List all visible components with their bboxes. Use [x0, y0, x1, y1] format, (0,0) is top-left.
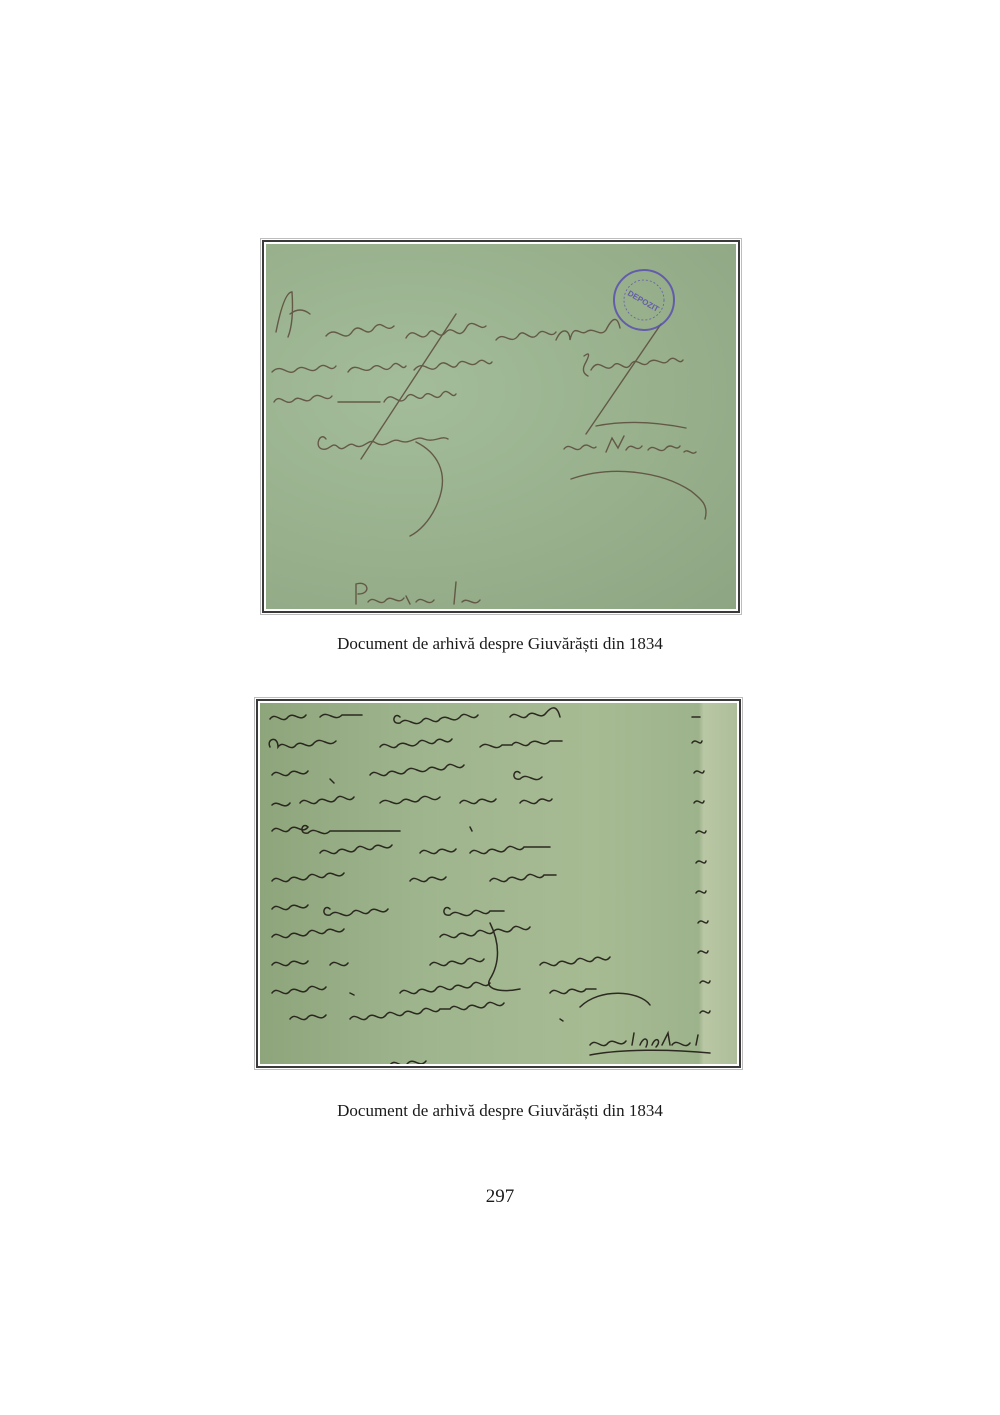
figure-caption-2: Document de arhivă despre Giuvărăști din… [0, 1101, 1000, 1121]
handwriting-scan-1: DEPOZIT [266, 244, 736, 609]
archival-photo-1-image: DEPOZIT [266, 244, 736, 609]
page-number: 297 [0, 1186, 1000, 1208]
figure-caption-1: Document de arhivă despre Giuvărăști din… [0, 634, 1000, 654]
depozit-stamp-icon: DEPOZIT [614, 270, 674, 330]
handwriting-scan-2 [260, 703, 737, 1064]
archival-photo-1: DEPOZIT [262, 240, 740, 613]
archival-photo-2-image [260, 703, 737, 1064]
archival-photo-2 [256, 699, 741, 1068]
svg-text:DEPOZIT: DEPOZIT [626, 289, 661, 314]
